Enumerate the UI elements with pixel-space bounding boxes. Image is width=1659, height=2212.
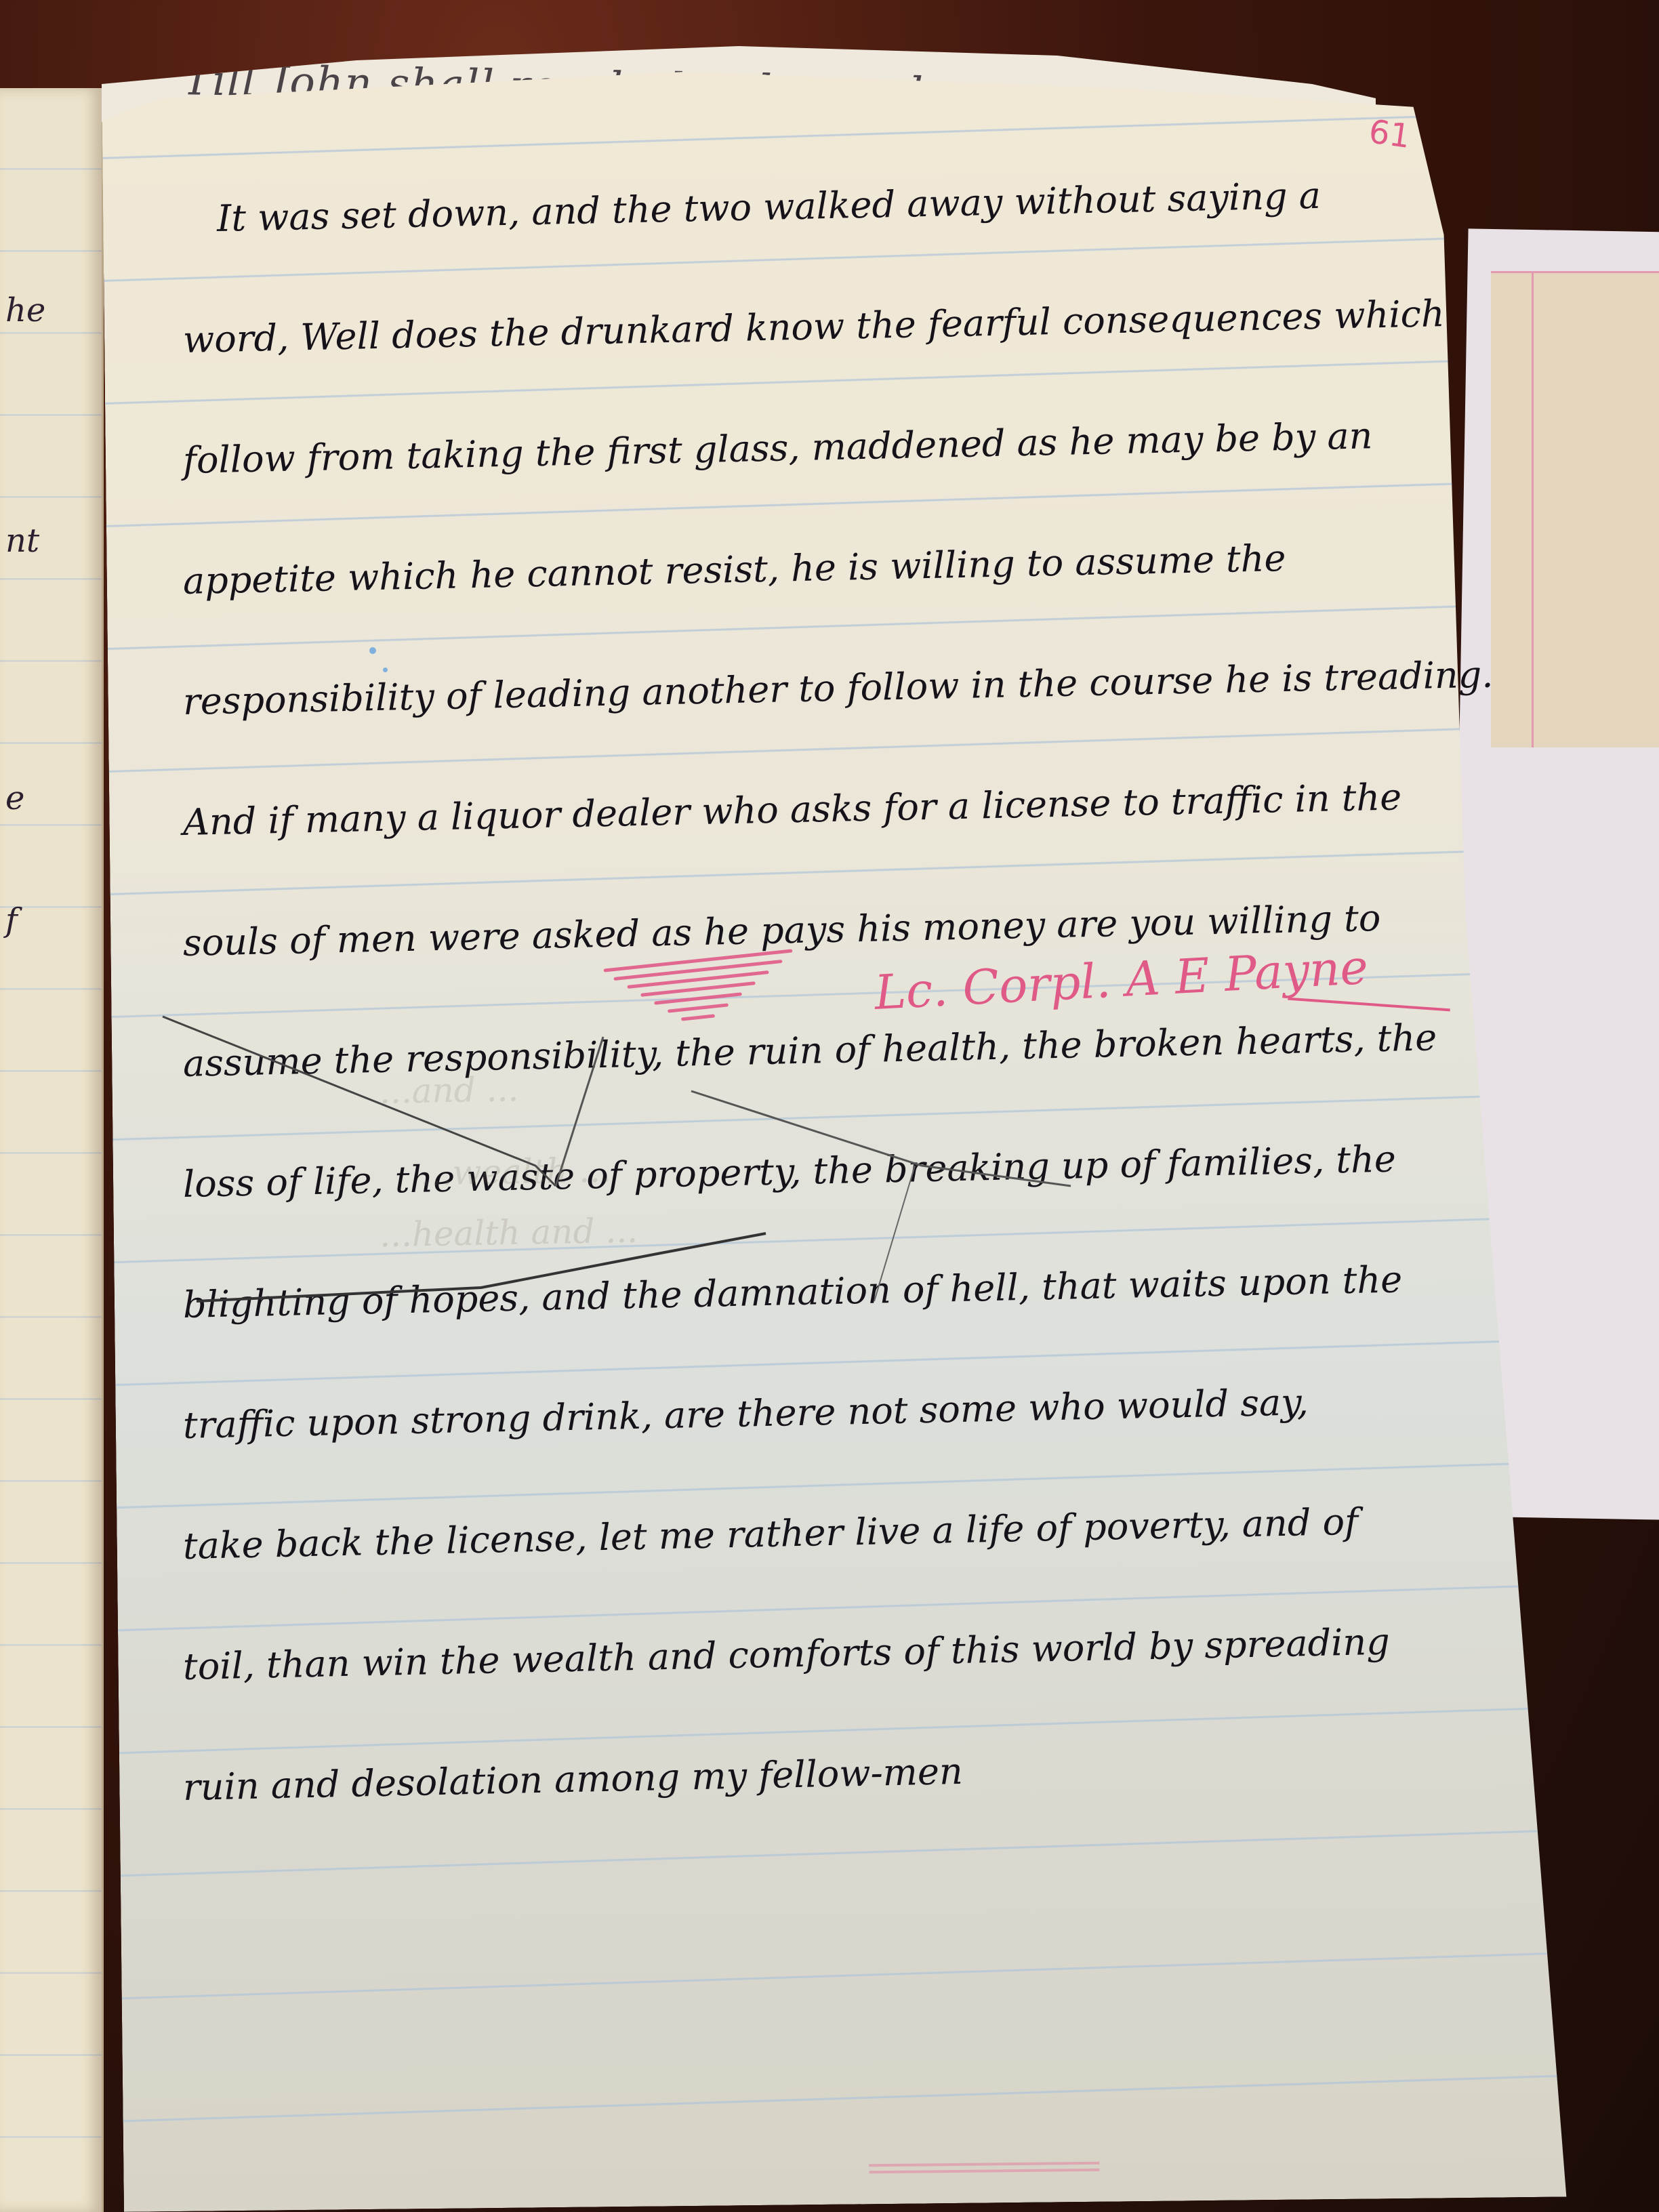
left-page-fragment: e [5,779,24,817]
crease-lines-icon [156,1010,1105,1308]
photo-scene: he nt e f Till John shall reach that hap… [0,0,1659,2212]
loose-ledger-sheet [1491,271,1659,747]
left-page-fragment: f [5,901,18,939]
ink-blot [383,668,388,672]
left-page-fragment: he [5,291,45,329]
bleed-through-text: ...wealth ... [420,1151,612,1193]
left-page-fragment: nt [5,522,39,560]
bleed-through-text: ...and ... [380,1069,519,1111]
left-facing-page: he nt e f [0,88,104,2212]
creased-torn-area [156,1010,1105,1308]
bleed-through-text: ...health and ... [380,1211,638,1255]
handwritten-body: It was set down, and the two walked away… [183,159,1504,1848]
ink-blot [369,647,376,654]
